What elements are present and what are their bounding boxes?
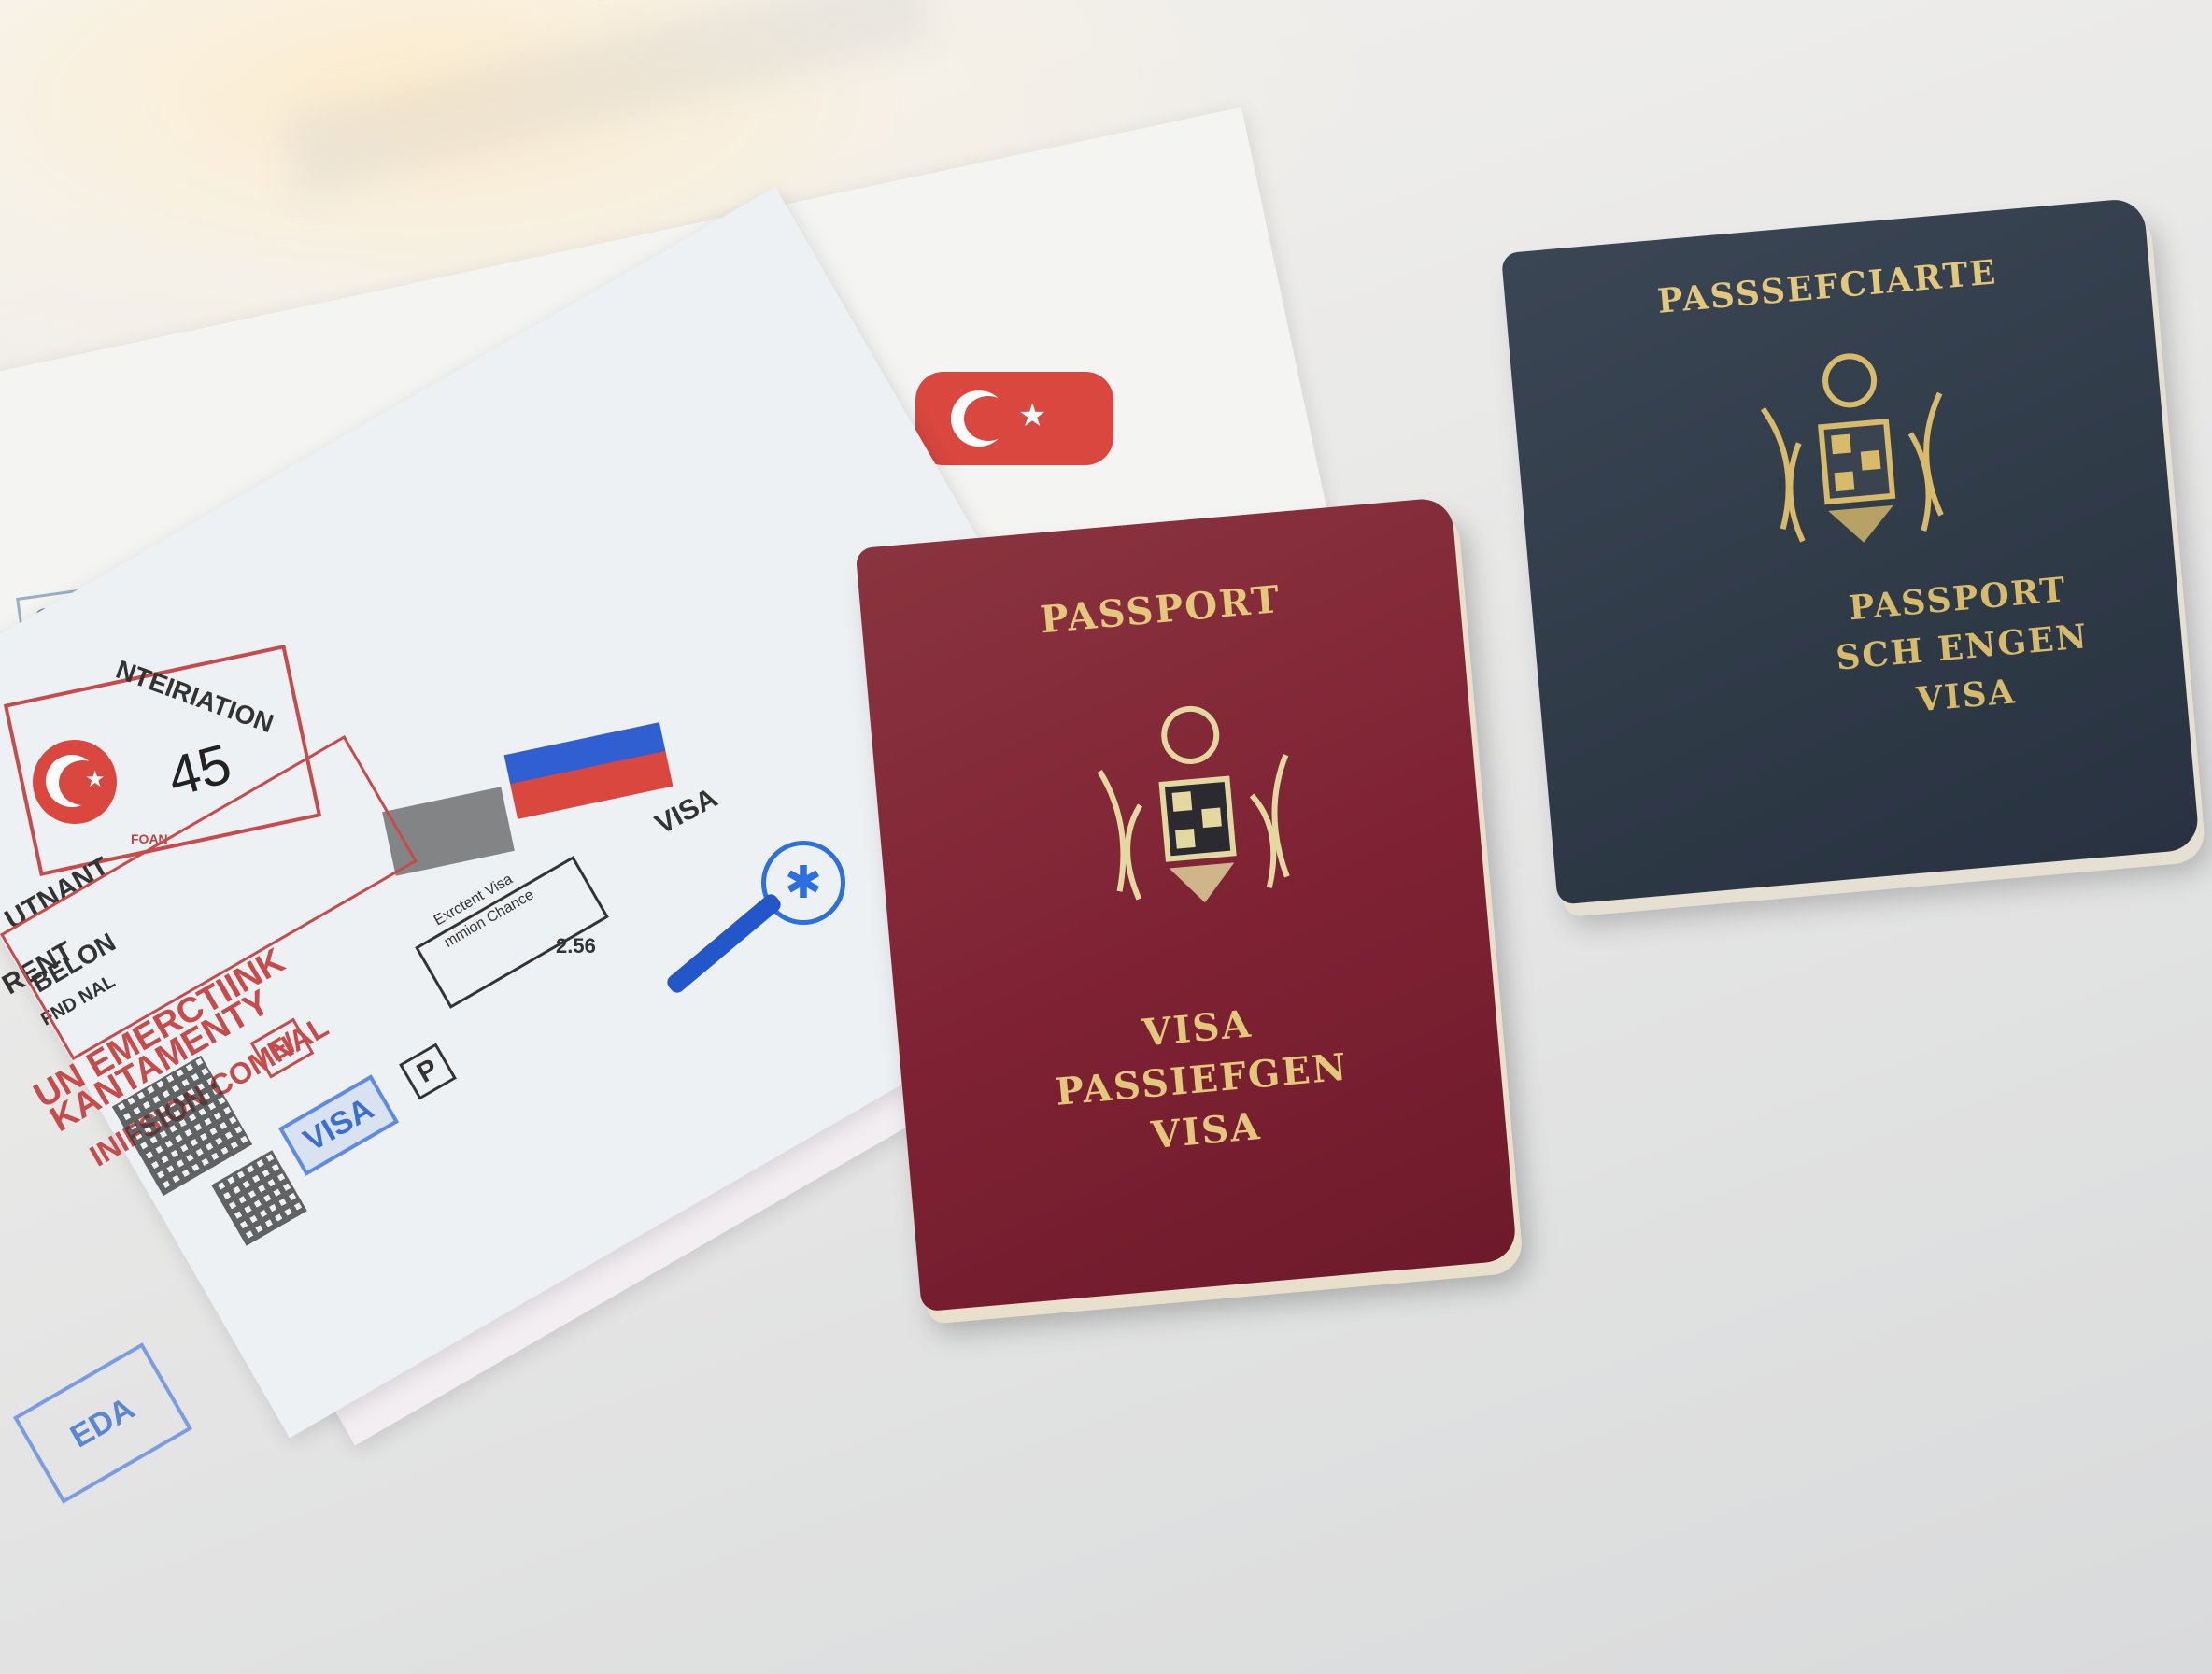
- turkish-flag-icon: ★: [915, 372, 1113, 465]
- coat-of-arms-icon: [1735, 335, 1976, 560]
- red-passport[interactable]: PASSPORT VISA PASSIEFGEN VISA: [855, 497, 1517, 1312]
- coat-of-arms-icon: [1066, 688, 1326, 923]
- signature-number: 2.56: [556, 934, 596, 958]
- turkish-flag-icon: ★: [33, 740, 117, 824]
- blue-passport[interactable]: PASSSEFCIARTE PASSPORT SCH ENGEN VISA: [1501, 197, 2200, 904]
- blue-passport-title: PASSSEFCIARTE: [1505, 239, 2150, 334]
- eda-stamp: EDA: [13, 1342, 192, 1504]
- red-passport-title: PASSPORT: [861, 561, 1461, 658]
